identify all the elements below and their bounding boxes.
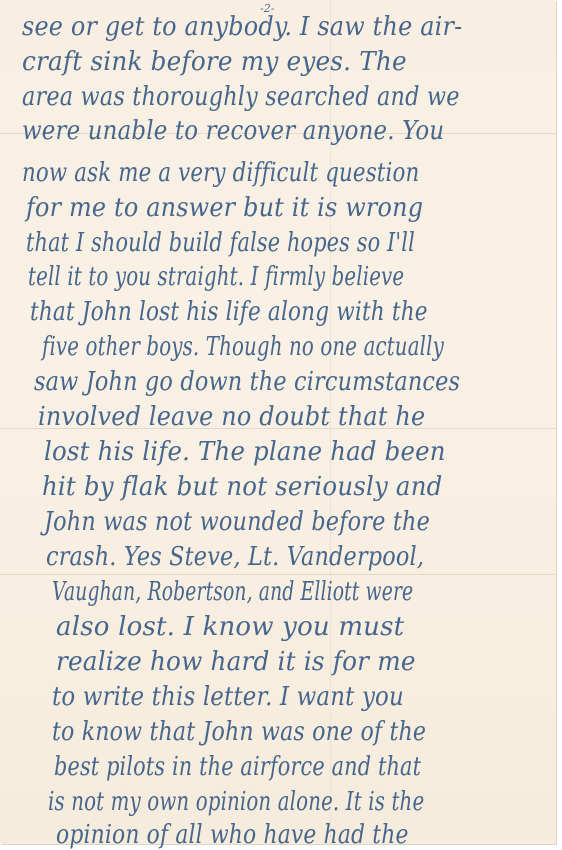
letter-line: five other boys. Though no one actually	[42, 332, 444, 362]
letter-line: also lost. I know you must	[56, 612, 404, 642]
letter-line: that John lost his life along with the	[30, 297, 428, 327]
letter-line: area was thoroughly searched and we	[22, 82, 460, 112]
letter-line: best pilots in the airforce and that	[54, 752, 421, 782]
letter-line: to know that John was one of the	[52, 717, 426, 747]
letter-line: John was not wounded before the	[44, 507, 430, 537]
letter-line: saw John go down the circumstances	[34, 367, 460, 397]
letter-line: tell it to you straight. I firmly believ…	[28, 262, 404, 292]
letter-line: Vaughan, Robertson, and Elliott were	[52, 577, 413, 607]
letter-line: now ask me a very difficult question	[22, 158, 419, 188]
letter-line: were unable to recover anyone. You	[22, 116, 444, 146]
letter-line: crash. Yes Steve, Lt. Vanderpool,	[46, 542, 424, 572]
letter-line: that I should build false hopes so I'll	[26, 228, 415, 258]
letter-line: craft sink before my eyes. The	[22, 47, 407, 77]
letter-line: realize how hard it is for me	[56, 647, 416, 677]
letter-line: involved leave no doubt that he	[38, 402, 425, 432]
letter-line: is not my own opinion alone. It is the	[48, 787, 424, 817]
letter-line: see or get to anybody. I saw the air-	[22, 12, 462, 42]
letter-page: -2- see or get to anybody. I saw the air…	[0, 0, 556, 844]
letter-line: for me to answer but it is wrong	[26, 193, 423, 223]
letter-line: opinion of all who have had the	[56, 820, 409, 850]
letter-line: lost his life. The plane had been	[44, 437, 446, 467]
paper-fold-line	[0, 574, 556, 575]
letter-line: to write this letter. I want you	[52, 682, 404, 712]
letter-line: hit by flak but not seriously and	[42, 472, 442, 502]
